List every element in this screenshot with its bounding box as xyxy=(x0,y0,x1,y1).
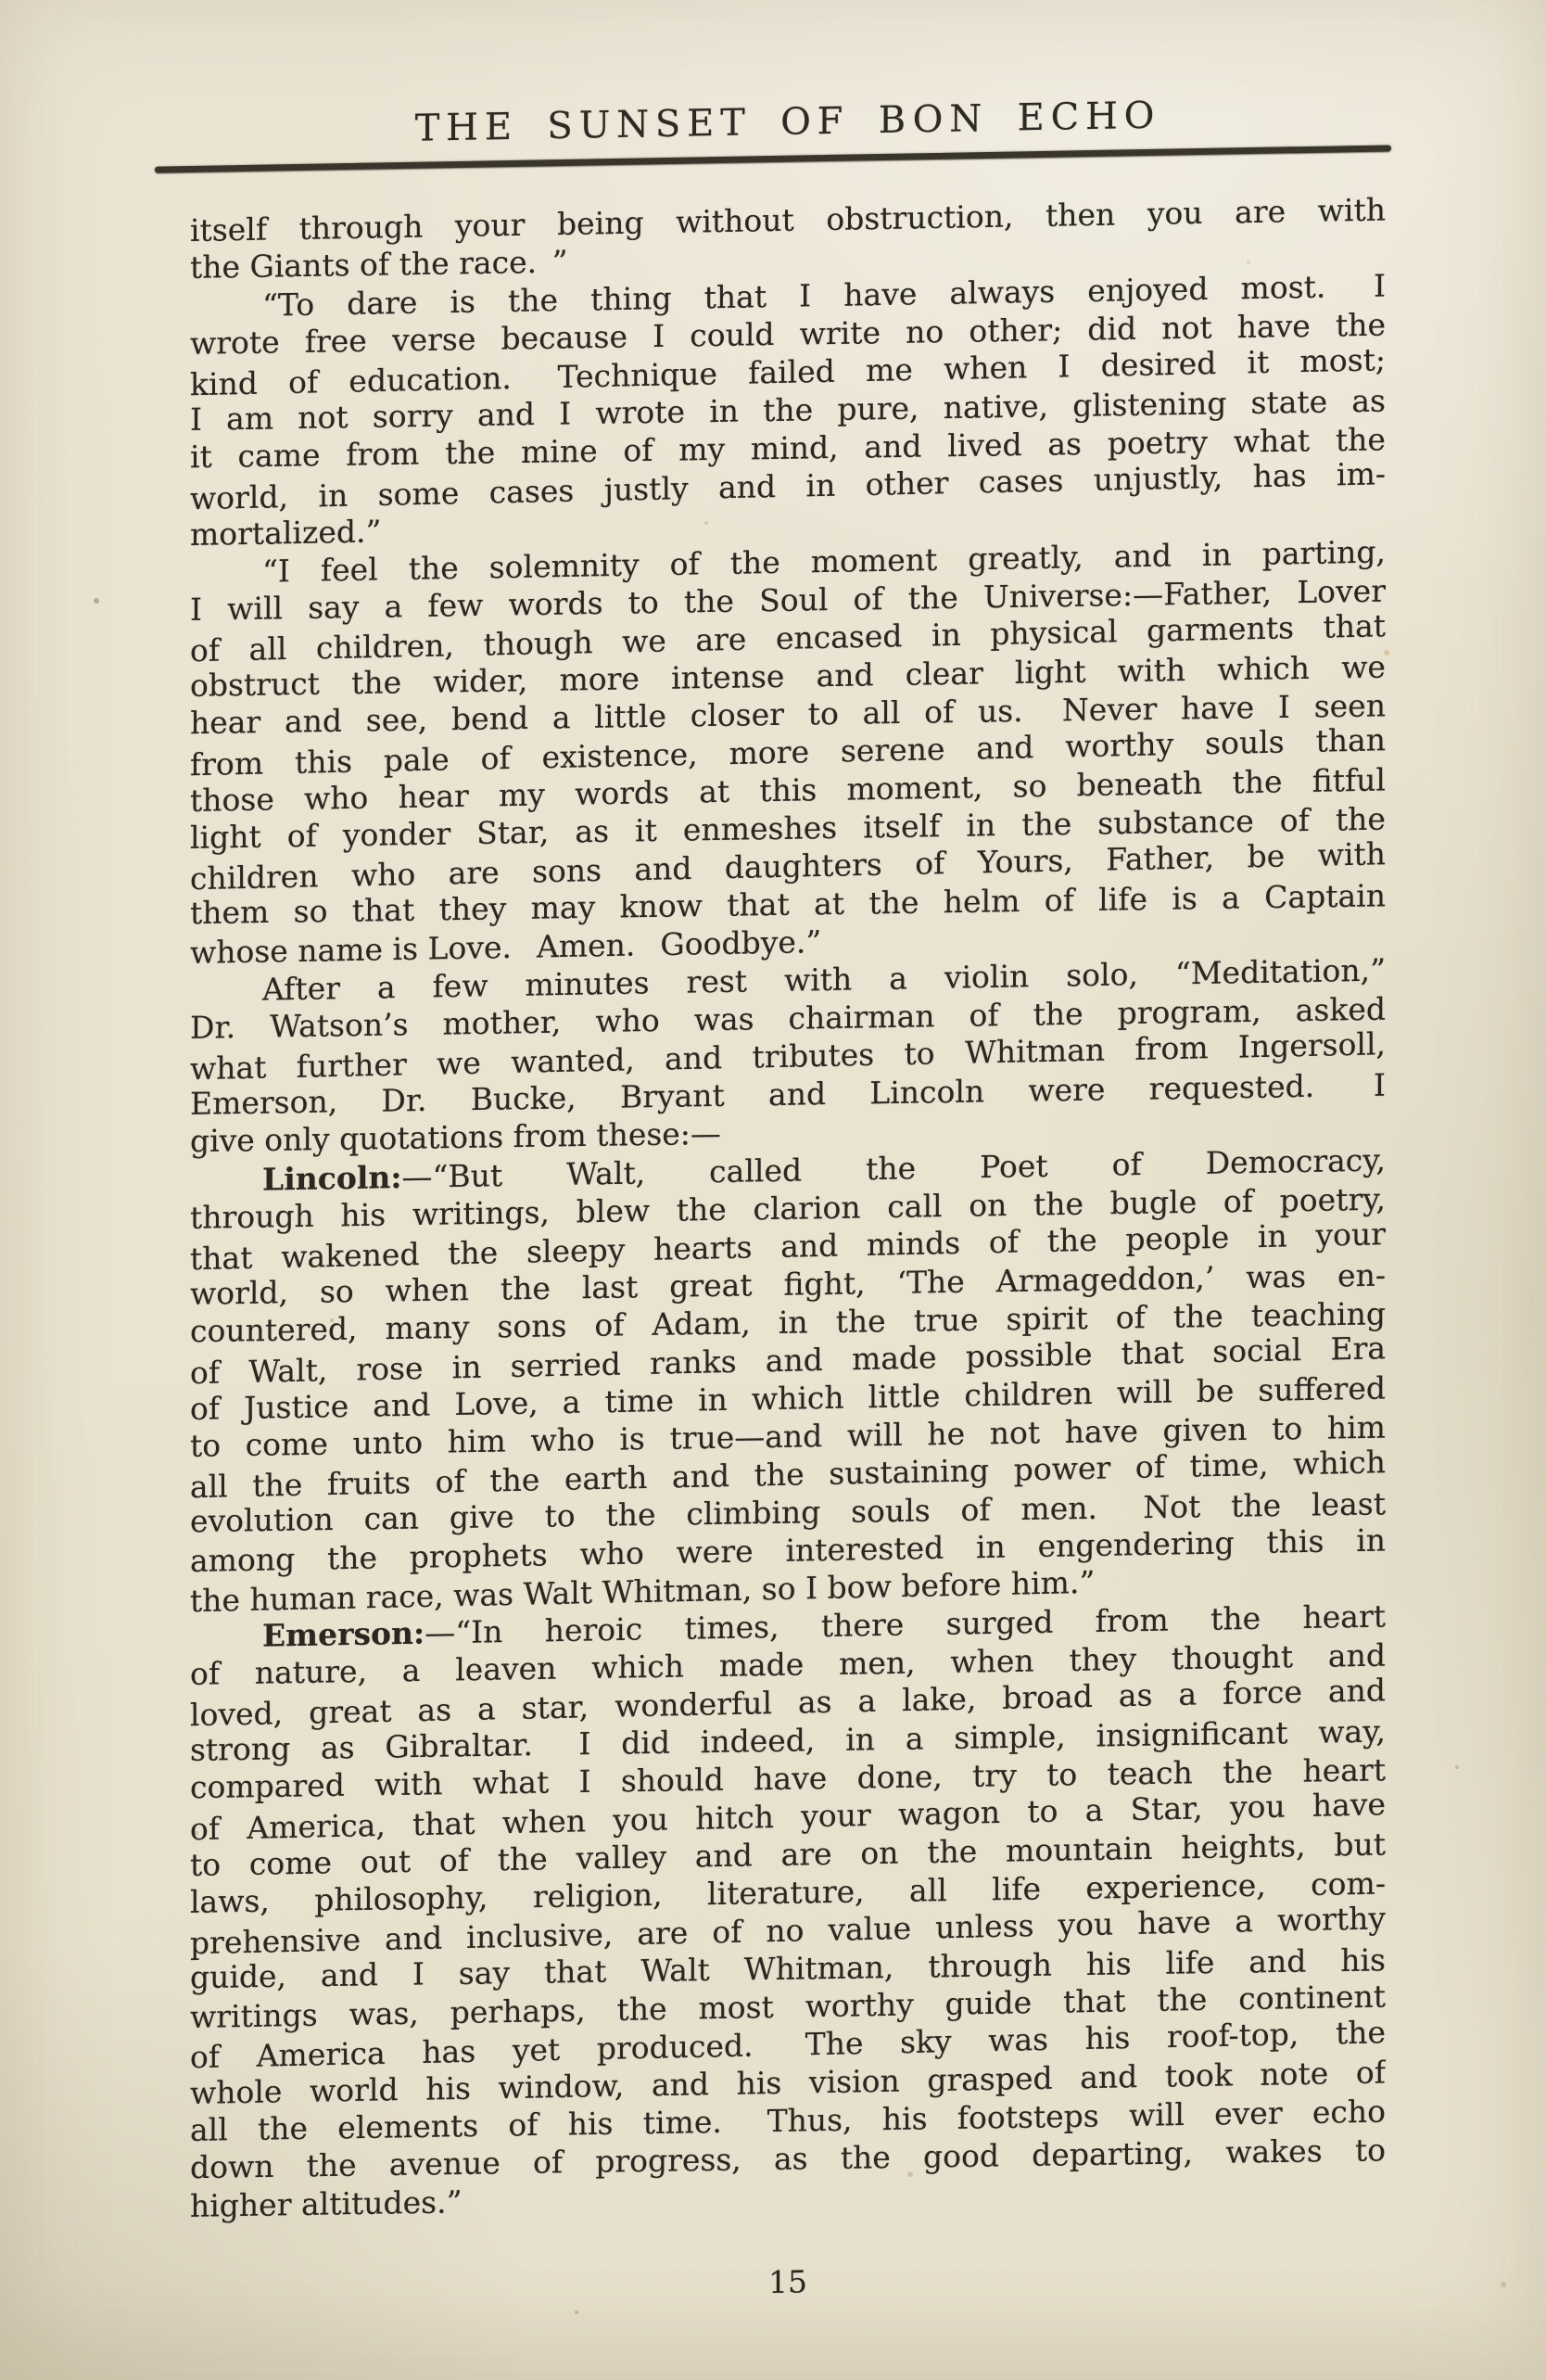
paper-speckles xyxy=(0,0,4,4)
page-content: THE SUNSET OF BON ECHO itself through yo… xyxy=(190,0,1386,2310)
book-page: THE SUNSET OF BON ECHO itself through yo… xyxy=(0,0,1546,2380)
page-number: 15 xyxy=(190,2253,1386,2310)
paragraph: “I feel the solemnity of the moment grea… xyxy=(190,532,1386,972)
speaker-name: Emerson: xyxy=(262,1615,425,1654)
paragraph: After a few minutes rest with a violin s… xyxy=(190,950,1386,1162)
paragraph: Emerson:—“In heroic times, there surged … xyxy=(190,1597,1386,2226)
paragraph: Lincoln:—“But Walt, called the Poet of D… xyxy=(190,1140,1386,1618)
speaker-name: Lincoln: xyxy=(262,1159,402,1198)
page-header-title: THE SUNSET OF BON ECHO xyxy=(190,90,1386,154)
page-body: itself through your being without obstru… xyxy=(190,190,1386,2226)
paragraph: “To dare is the thing that I have always… xyxy=(190,266,1386,554)
